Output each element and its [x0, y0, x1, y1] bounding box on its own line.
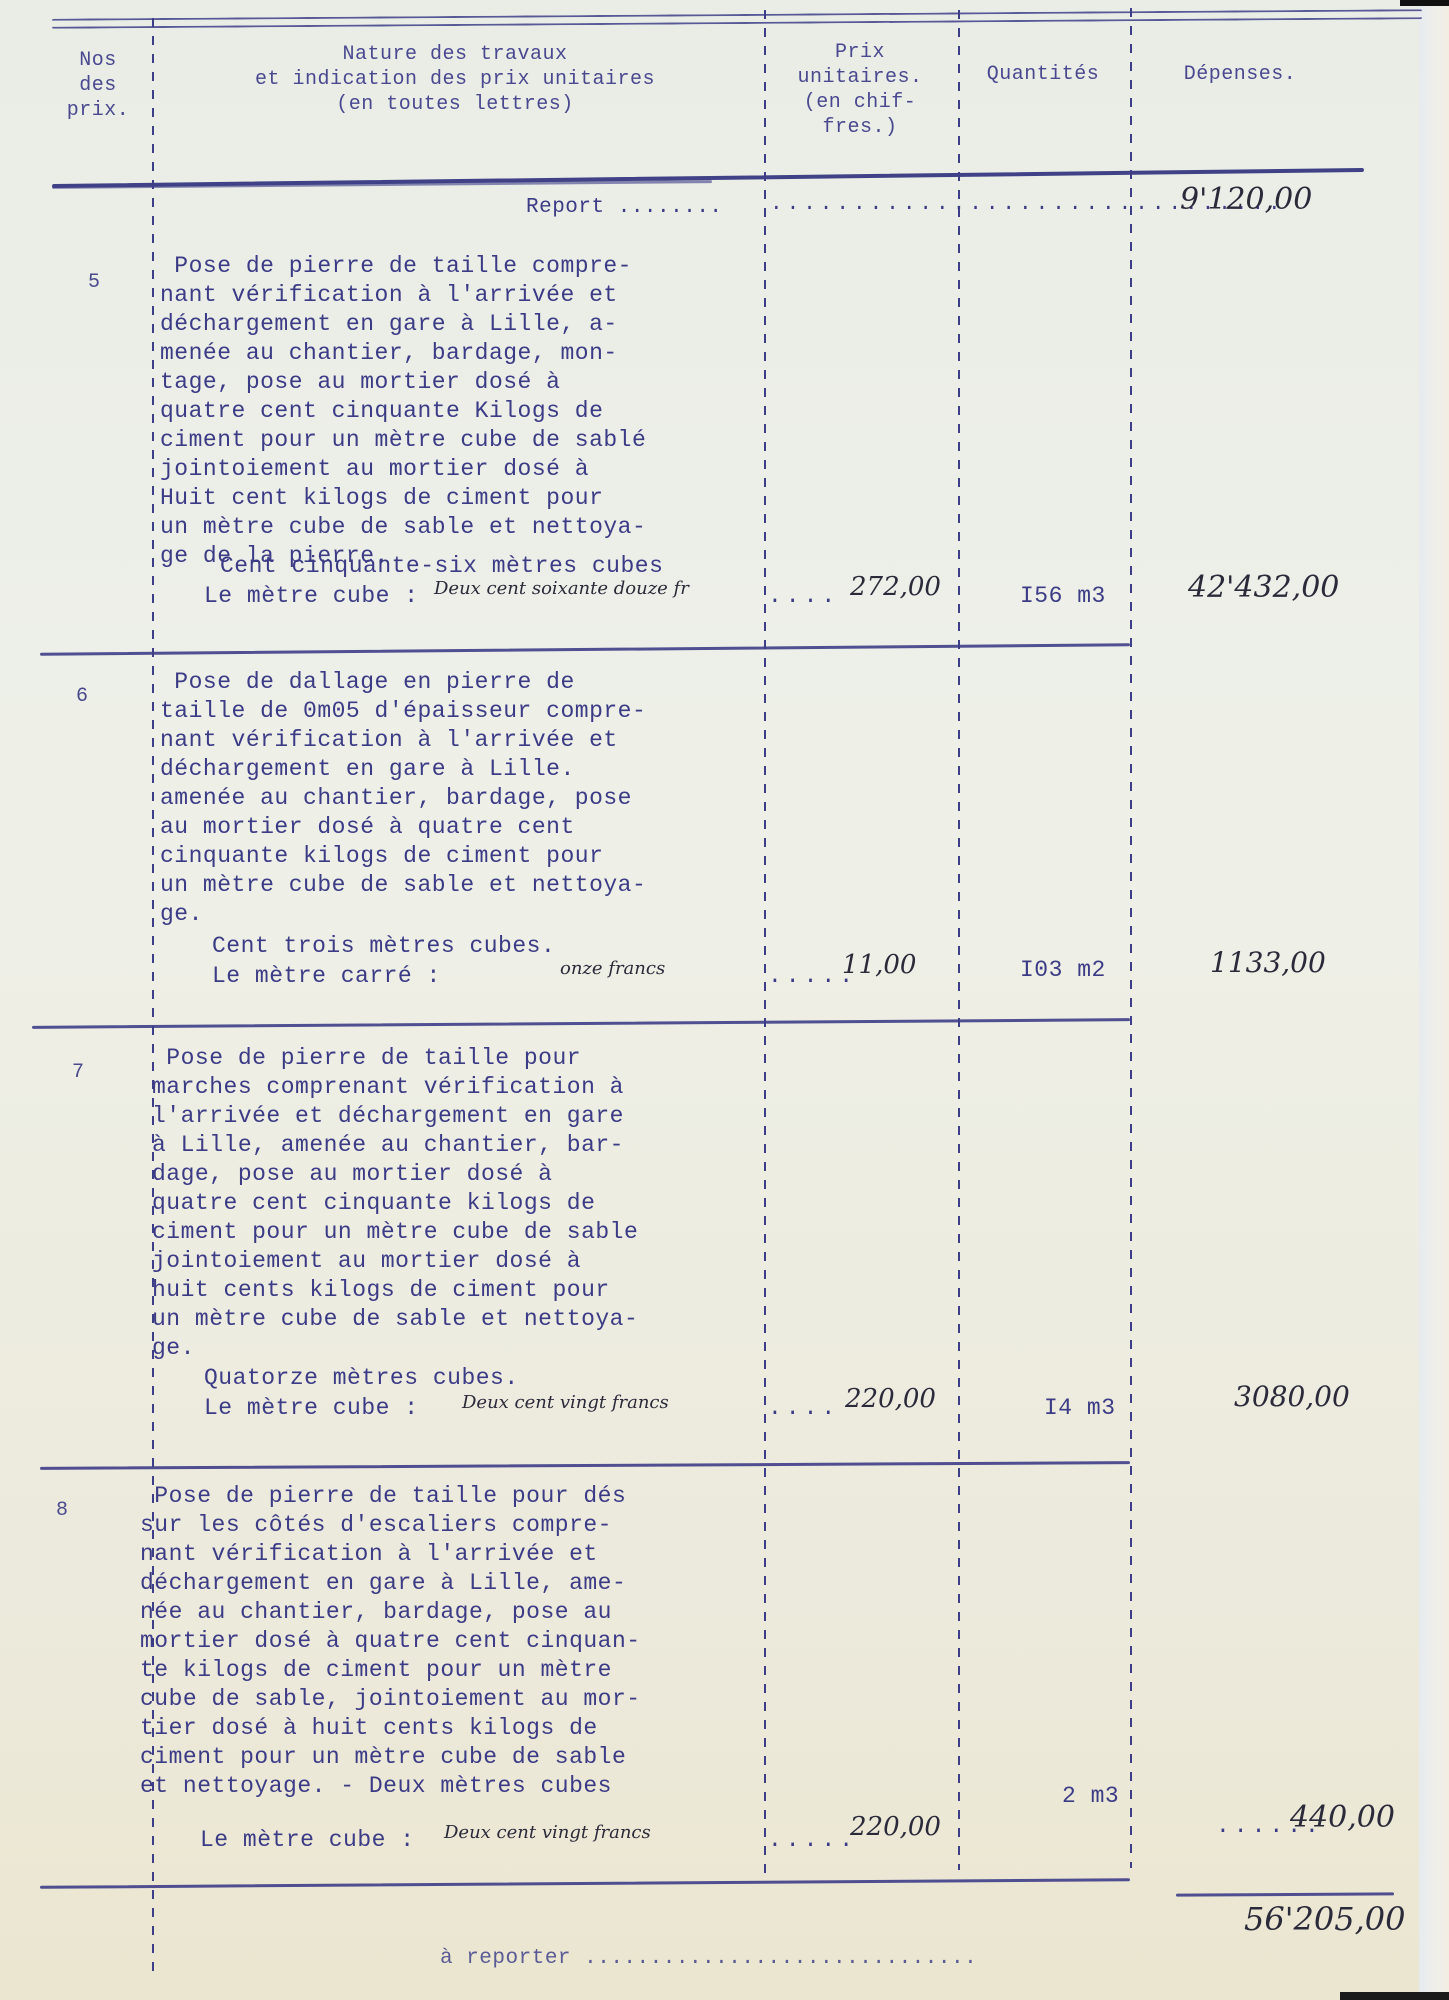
- item-unit-price-words: Deux cent vingt francs: [444, 1822, 651, 1843]
- report-label: Report ........: [526, 193, 723, 222]
- total-rule: [1176, 1892, 1394, 1896]
- item-number: 8: [56, 1496, 69, 1525]
- item-unit-price-words: onze francs: [560, 958, 665, 979]
- item-unit-price-words: Deux cent vingt francs: [462, 1392, 669, 1413]
- top-rule: [52, 9, 1422, 29]
- item-separator: [40, 1461, 1130, 1470]
- item-description: Pose de pierre de taille pour dés sur le…: [140, 1482, 641, 1801]
- item-unit-label: Le mètre cube :: [204, 582, 419, 611]
- item-amount: 42'432,00: [1188, 570, 1339, 605]
- carry-forward-label: à reporter .............................…: [440, 1944, 977, 1973]
- item-unit-label: Le mètre carré :: [212, 962, 441, 991]
- footer-rule: [40, 1878, 1130, 1889]
- item-quantity: I4 m3: [1044, 1394, 1116, 1423]
- item-leader-dots: .....: [768, 1826, 857, 1855]
- header-col-nature: Nature des travaux et indication des pri…: [150, 42, 760, 117]
- item-unit-price-words: Deux cent soixante douze fr: [434, 578, 689, 599]
- page-edge: [1419, 0, 1449, 2000]
- background-edge: [1340, 1992, 1449, 2000]
- item-amount: 440,00: [1290, 1800, 1395, 1835]
- item-leader-dots: ....: [768, 1394, 839, 1423]
- item-description: Pose de dallage en pierre de taille de 0…: [160, 668, 646, 929]
- header-col-depenses: Dépenses.: [1140, 62, 1340, 87]
- item-description: Pose de pierre de taille pour marches co…: [152, 1044, 638, 1363]
- carry-forward-total: 56'205,00: [1244, 1900, 1405, 1938]
- item-amount: 1133,00: [1210, 946, 1326, 979]
- item-unit-price: 11,00: [842, 950, 916, 980]
- column-separator: [1130, 8, 1132, 1868]
- item-quantity-words: Quatorze mètres cubes.: [204, 1364, 519, 1393]
- item-unit-price: 272,00: [850, 572, 941, 602]
- header-col-quantites: Quantités: [958, 62, 1128, 87]
- item-quantity: I03 m2: [1020, 956, 1106, 985]
- item-description: Pose de pierre de taille compre- nant vé…: [160, 252, 646, 571]
- item-quantity: I56 m3: [1020, 582, 1106, 611]
- item-separator: [40, 643, 1130, 656]
- column-separator: [958, 10, 960, 1870]
- item-unit-price: 220,00: [845, 1384, 936, 1414]
- item-unit-label: Le mètre cube :: [204, 1394, 419, 1423]
- header-col-num: Nos des prix.: [58, 48, 138, 123]
- background-edge: [1400, 0, 1449, 6]
- item-quantity-words: Cent trois mètres cubes.: [212, 932, 555, 961]
- item-number: 5: [88, 268, 101, 297]
- report-amount: 9'120,00: [1180, 182, 1312, 217]
- item-separator: [32, 1018, 1130, 1029]
- item-number: 7: [72, 1058, 85, 1087]
- item-quantity-words: Cent cinquante-six mètres cubes: [220, 552, 663, 581]
- item-quantity: 2 m3: [1062, 1782, 1119, 1811]
- item-unit-label: Le mètre cube :: [200, 1826, 415, 1855]
- item-number: 6: [76, 682, 89, 711]
- column-separator: [764, 10, 766, 1875]
- header-col-prix: Prix unitaires. (en chif- fres.): [765, 40, 955, 140]
- item-unit-price: 220,00: [850, 1812, 941, 1842]
- item-leader-dots: ....: [768, 582, 839, 611]
- item-amount: 3080,00: [1234, 1380, 1350, 1413]
